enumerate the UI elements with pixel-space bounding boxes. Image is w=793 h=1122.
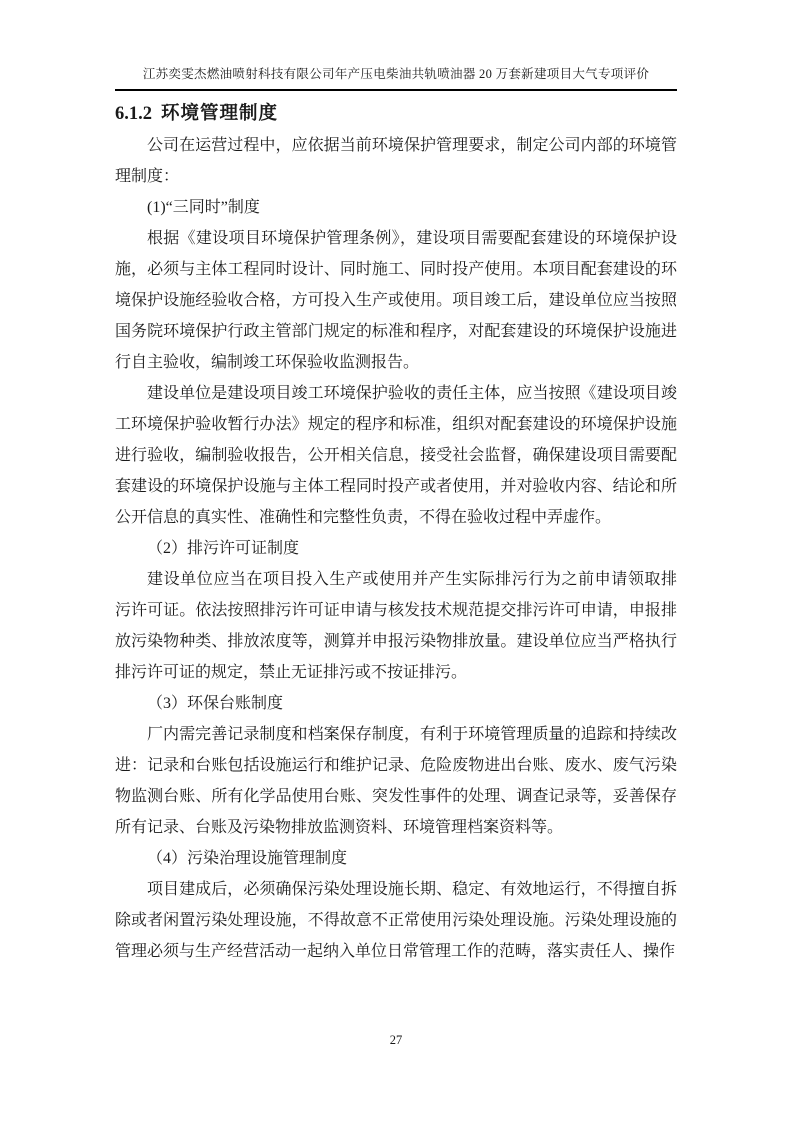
paragraph-line: 进：记录和台账包括设施运行和维护记录、危险废物进出台账、废水、废气污染 [115,750,677,781]
paragraph-line: 管理必须与生产经营活动一起纳入单位日常管理工作的范畴，落实责任人、操作 [115,936,677,967]
paragraph-line: 放污染物种类、排放浓度等，测算并申报污染物排放量。建设单位应当严格执行 [115,626,677,657]
paragraph-line: 套建设的环境保护设施与主体工程同时投产或者使用，并对验收内容、结论和所 [115,471,677,502]
paragraph-line: （4）污染治理设施管理制度 [115,843,677,874]
paragraph-line: 所有记录、台账及污染物排放监测资料、环境管理档案资料等。 [115,812,677,843]
paragraph-line: 公司在运营过程中，应依据当前环境保护管理要求，制定公司内部的环境管 [115,130,677,161]
paragraph: （3）环保台账制度 [115,688,677,719]
paragraph-line: 境保护设施经验收合格，方可投入生产或使用。项目竣工后，建设单位应当按照 [115,285,677,316]
paragraph-line: 项目建成后，必须确保污染处理设施长期、稳定、有效地运行，不得擅自拆 [115,874,677,905]
paragraph: 项目建成后，必须确保污染处理设施长期、稳定、有效地运行，不得擅自拆除或者闲置污染… [115,874,677,967]
paragraph-line: 物监测台账、所有化学品使用台账、突发性事件的处理、调查记录等，妥善保存 [115,781,677,812]
paragraph-line: 理制度： [115,161,677,192]
paragraph: 建设单位应当在项目投入生产或使用并产生实际排污行为之前申请领取排污许可证。依法按… [115,564,677,688]
paragraph-line: 国务院环境保护行政主管部门规定的标准和程序，对配套建设的环境保护设施进 [115,316,677,347]
header-rule [115,89,677,91]
paragraph-line: 建设单位应当在项目投入生产或使用并产生实际排污行为之前申请领取排 [115,564,677,595]
paragraph-line: 建设单位是建设项目竣工环境保护验收的责任主体，应当按照《建设项目竣 [115,378,677,409]
paragraph: 公司在运营过程中，应依据当前环境保护管理要求，制定公司内部的环境管理制度： [115,130,677,192]
paragraph-line: 施，必须与主体工程同时设计、同时施工、同时投产使用。本项目配套建设的环 [115,254,677,285]
body-paragraphs: 公司在运营过程中，应依据当前环境保护管理要求，制定公司内部的环境管理制度：(1)… [115,130,677,967]
paragraph-line: 公开信息的真实性、准确性和完整性负责，不得在验收过程中弄虚作。 [115,502,677,533]
paragraph-line: 污许可证。依法按照排污许可证申请与核发技术规范提交排污许可申请，申报排 [115,595,677,626]
paragraph-line: 工环境保护验收暂行办法》规定的程序和标准，组织对配套建设的环境保护设施 [115,409,677,440]
paragraph-line: 厂内需完善记录制度和档案保存制度，有利于环境管理质量的追踪和持续改 [115,719,677,750]
document-page: 江苏奕雯杰燃油喷射科技有限公司年产压电柴油共轨喷油器 20 万套新建项目大气专项… [0,0,793,1122]
section-title: 环境管理制度 [161,102,278,123]
paragraph-line: 除或者闲置污染处理设施，不得故意不正常使用污染处理设施。污染处理设施的 [115,905,677,936]
running-header: 江苏奕雯杰燃油喷射科技有限公司年产压电柴油共轨喷油器 20 万套新建项目大气专项… [115,66,677,82]
paragraph-line: (1)“三同时”制度 [115,192,677,223]
paragraph-line: （3）环保台账制度 [115,688,677,719]
paragraph-line: （2）排污许可证制度 [115,533,677,564]
paragraph: 建设单位是建设项目竣工环境保护验收的责任主体，应当按照《建设项目竣工环境保护验收… [115,378,677,533]
section-heading: 6.1.2环境管理制度 [115,100,677,127]
paragraph-line: 根据《建设项目环境保护管理条例》，建设项目需要配套建设的环境保护设 [115,223,677,254]
page-number: 27 [115,1032,677,1048]
paragraph: （2）排污许可证制度 [115,533,677,564]
paragraph: 厂内需完善记录制度和档案保存制度，有利于环境管理质量的追踪和持续改进：记录和台账… [115,719,677,843]
paragraph: (1)“三同时”制度 [115,192,677,223]
section-number: 6.1.2 [115,104,152,124]
paragraph-line: 行自主验收，编制竣工环保验收监测报告。 [115,347,677,378]
paragraph: （4）污染治理设施管理制度 [115,843,677,874]
paragraph-line: 进行验收，编制验收报告，公开相关信息，接受社会监督，确保建设项目需要配 [115,440,677,471]
paragraph: 根据《建设项目环境保护管理条例》，建设项目需要配套建设的环境保护设施，必须与主体… [115,223,677,378]
paragraph-line: 排污许可证的规定，禁止无证排污或不按证排污。 [115,657,677,688]
